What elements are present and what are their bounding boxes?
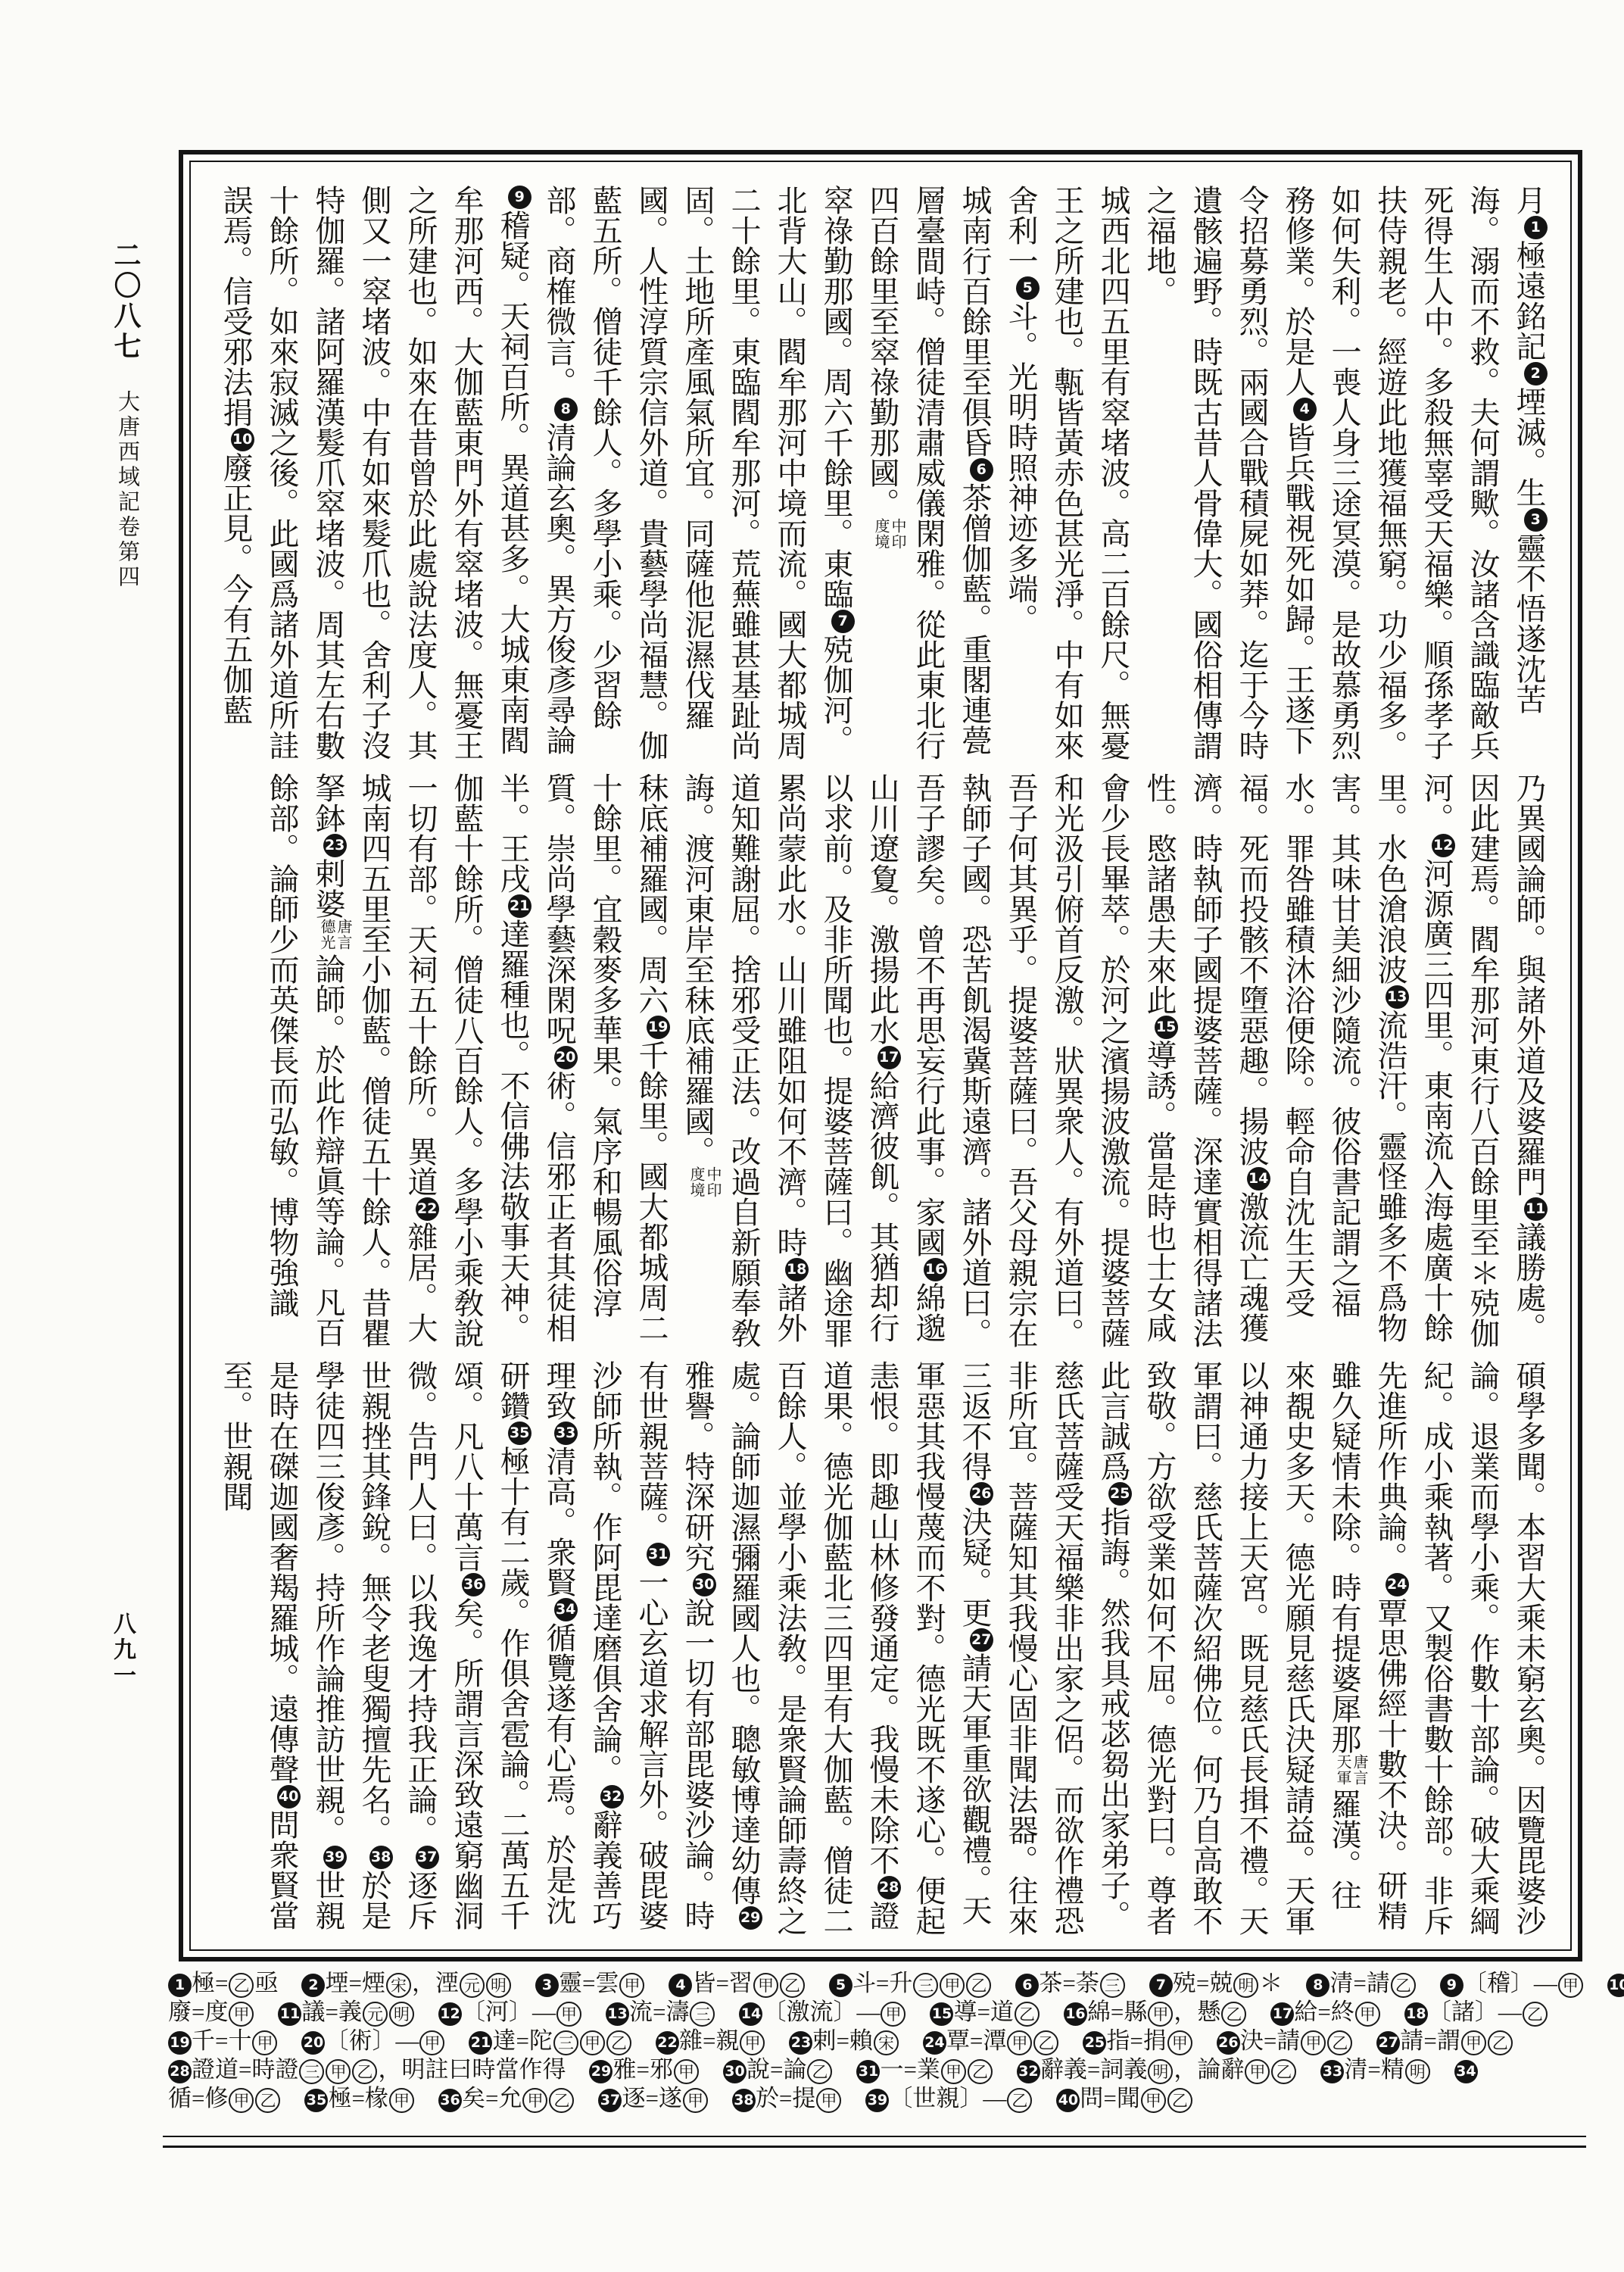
variant-note-marker: 14: [1247, 1167, 1270, 1191]
text-register-bottom: 碩學多聞。本習大乘未窮玄奧。因覽毘婆沙論。退業而學小乘。作數十部論。破大乘綱紀。…: [209, 1360, 1552, 1939]
variant-note-marker: 14: [739, 2002, 762, 2026]
apparatus-line: 28證道=時證三甲乙，明註曰時當作得 29雅=邪甲 30說=論乙 31一=業甲乙…: [168, 2055, 1542, 2084]
variant-note-marker: 30: [723, 2060, 747, 2083]
edition-siglum: 乙: [1523, 2002, 1548, 2027]
variant-note-marker: 29: [739, 1906, 762, 1930]
edition-siglum: 甲: [941, 2059, 966, 2084]
edition-siglum: 三: [299, 2059, 324, 2084]
variant-note-marker: 25: [1083, 2031, 1106, 2055]
edition-siglum: 甲: [419, 2030, 444, 2055]
variant-note-marker: 38: [369, 1846, 393, 1869]
apparatus-block: 1極=乙亟 2堙=煙宋，湮元明 3靈=雲甲 4皆=習甲乙 5斗=升三甲乙 6茶=…: [168, 1969, 1542, 2113]
edition-siglum: 甲: [619, 1973, 644, 1998]
edition-siglum: 甲: [740, 2030, 765, 2055]
variant-note-marker: 24: [1386, 1573, 1409, 1596]
edition-siglum: 甲: [1167, 2030, 1192, 2055]
volume-spine-title: 大唐西域記卷第四: [116, 390, 138, 590]
variant-note-marker: 19: [647, 1016, 670, 1039]
edition-siglum: 三: [553, 2030, 578, 2055]
paragraph: 碩學多聞。本習大乘未窮玄奧。因覽毘婆沙論。退業而學小乘。作數十部論。破大乘綱紀。…: [213, 1360, 1552, 1939]
apparatus-line: 19千=十甲 20〔術〕—甲 21達=陀三甲乙 22雜=親甲 23剌=賴宋 24…: [168, 2027, 1542, 2055]
variant-note-marker: 31: [856, 2060, 880, 2083]
variant-note-marker: 3: [1524, 508, 1548, 532]
paragraph: 月1極遠銘記2堙滅。生3靈不悟遂沈苦海。溺而不救。夫何謂歟。汝諸含識臨敵兵死得生…: [1136, 185, 1552, 763]
variant-note-marker: 22: [656, 2031, 679, 2055]
variant-note-marker: 35: [508, 1422, 531, 1445]
variant-note-marker: 8: [1306, 1974, 1329, 1997]
edition-siglum: 宋: [874, 2030, 899, 2055]
edition-siglum: 明: [389, 2002, 414, 2027]
variant-note-marker: 10: [1607, 1974, 1624, 1997]
variant-note-marker: 22: [416, 1197, 439, 1221]
edition-siglum: 甲: [753, 1973, 778, 1998]
variant-note-marker: 17: [877, 1046, 901, 1069]
variant-note-marker: 39: [865, 2089, 889, 2112]
edition-siglum: 明: [1233, 1973, 1258, 1998]
edition-siglum: 乙: [968, 2059, 993, 2084]
variant-note-marker: 33: [554, 1422, 578, 1445]
edition-siglum: 明: [1405, 2059, 1430, 2084]
edition-siglum: 乙: [1327, 2030, 1352, 2055]
edition-siglum: 元: [460, 1973, 485, 1998]
variant-note-marker: 40: [1056, 2089, 1080, 2112]
variant-note-marker: 26: [1217, 2031, 1240, 2055]
variant-note-marker: 19: [168, 2031, 192, 2055]
edition-siglum: 宋: [386, 1973, 411, 1998]
variant-note-marker: 11: [278, 2002, 301, 2026]
variant-note-marker: 13: [1386, 985, 1409, 1009]
edition-siglum: 明: [486, 1973, 511, 1998]
variant-note-marker: 26: [970, 1482, 993, 1506]
variant-note-marker: 34: [1454, 2060, 1478, 2083]
variant-note-marker: 15: [930, 2002, 953, 2026]
text-frame: 月1極遠銘記2堙滅。生3靈不悟遂沈苦海。溺而不救。夫何謂歟。汝諸含識臨敵兵死得生…: [179, 150, 1582, 1961]
variant-note-marker: 27: [1376, 2031, 1400, 2055]
edition-siglum: 乙: [606, 2030, 631, 2055]
variant-note-marker: 28: [168, 2060, 192, 2083]
variant-note-marker: 6: [1015, 1974, 1039, 1997]
edition-siglum: 甲: [522, 2088, 547, 2113]
paragraph: 乃異國論師。與諸外道及婆羅門11議勝處。因此建焉。閻牟那河東行八百餘里至＊殑伽河…: [675, 772, 1552, 1351]
edition-siglum: 三: [913, 1973, 938, 1998]
edition-siglum: 三: [1100, 1973, 1125, 1998]
edition-siglum: 甲: [326, 2059, 351, 2084]
variant-note-marker: 9: [508, 186, 531, 209]
edition-siglum: 乙: [229, 1973, 254, 1998]
edition-siglum: 甲: [816, 2088, 841, 2113]
variant-note-marker: 2: [301, 1974, 325, 1997]
variant-note-marker: 36: [462, 1573, 485, 1596]
text-register-middle: 乃異國論師。與諸外道及婆羅門11議勝處。因此建焉。閻牟那河東行八百餘里至＊殑伽河…: [209, 772, 1552, 1351]
variant-note-marker: 16: [924, 1258, 947, 1281]
variant-note-marker: 20: [301, 2031, 325, 2055]
variant-note-marker: 5: [829, 1974, 853, 1997]
variant-note-marker: 7: [1149, 1974, 1173, 1997]
variant-note-marker: 39: [323, 1846, 347, 1869]
variant-note-marker: 4: [669, 1974, 692, 1997]
apparatus-line: 廢=度甲 11議=義元明 12〔河〕—甲 13流=濤三 14〔激流〕—甲 15導…: [168, 1998, 1542, 2027]
edition-siglum: 乙: [1271, 2059, 1296, 2084]
variant-note-marker: 27: [970, 1628, 993, 1652]
variant-note-marker: 23: [323, 834, 347, 857]
edition-siglum: 乙: [780, 1973, 805, 1998]
variant-note-marker: 3: [535, 1974, 559, 1997]
edition-siglum: 甲: [252, 2030, 277, 2055]
edition-siglum: 甲: [674, 2059, 699, 2084]
variant-note-marker: 10: [231, 428, 254, 451]
edition-siglum: 乙: [352, 2059, 377, 2084]
variant-note-marker: 32: [600, 1785, 624, 1809]
variant-note-marker: 8: [554, 398, 578, 421]
variant-note-marker: 13: [606, 2002, 629, 2026]
edition-siglum: 甲: [1007, 2030, 1032, 2055]
variant-note-marker: 30: [693, 1573, 716, 1596]
variant-note-marker: 21: [508, 894, 531, 918]
paragraph: 窣祿勤那國。周六千餘里。東臨7殑伽河。北背大山。閻牟那河中境而流。國大都城周二十…: [209, 185, 859, 763]
variant-note-marker: 34: [554, 1598, 578, 1621]
variant-note-marker: 12: [1432, 834, 1455, 857]
variant-note-marker: 1: [168, 1974, 192, 1997]
interlinear-note: 中印度境: [872, 518, 906, 553]
edition-siglum: 乙: [549, 2088, 574, 2113]
variant-note-marker: 23: [789, 2031, 812, 2055]
paragraph: 城西北四五里有窣堵波。高二百餘尺。無憂王之所建也。甎皆黃赤色甚光淨。中有如來舍利…: [998, 185, 1136, 763]
edition-siglum: 乙: [807, 2059, 832, 2084]
variant-note-marker: 31: [647, 1543, 670, 1566]
apparatus-line: 1極=乙亟 2堙=煙宋，湮元明 3靈=雲甲 4皆=習甲乙 5斗=升三甲乙 6茶=…: [168, 1969, 1542, 1998]
edition-siglum: 乙: [1033, 2030, 1058, 2055]
edition-siglum: 乙: [255, 2088, 280, 2113]
variant-note-marker: 2: [1524, 362, 1548, 385]
variant-note-marker: 7: [831, 610, 855, 633]
interlinear-note: 唐言德光: [318, 919, 351, 953]
variant-note-marker: 6: [970, 458, 993, 482]
variant-note-marker: 33: [1320, 2060, 1344, 2083]
edition-siglum: 甲: [229, 2088, 254, 2113]
edition-siglum: 乙: [1015, 2002, 1040, 2027]
variant-note-marker: 20: [554, 1046, 578, 1069]
variant-note-marker: 4: [1293, 398, 1317, 421]
edition-siglum: 甲: [556, 2002, 581, 2027]
edition-siglum: 乙: [1391, 1973, 1416, 1998]
variant-note-marker: 38: [732, 2089, 756, 2112]
edition-siglum: 元: [363, 2002, 388, 2027]
edition-siglum: 乙: [1007, 2088, 1032, 2113]
variant-note-marker: 18: [785, 1258, 809, 1281]
variant-note-marker: 16: [1064, 2002, 1087, 2026]
sutra-number-label: 二〇八七: [112, 241, 139, 362]
edition-siglum: 乙: [1488, 2030, 1513, 2055]
variant-note-marker: 32: [1017, 2060, 1040, 2083]
paragraph: 秣底補羅國。周六19千餘里。國大都城周二十餘里。宜穀麥多華果。氣序和暢風俗淳質。…: [259, 772, 675, 1351]
variant-note-marker: 36: [438, 2089, 462, 2112]
variant-note-marker: 18: [1404, 2002, 1428, 2026]
variant-note-marker: 35: [304, 2089, 328, 2112]
edition-siglum: 明: [1148, 2059, 1173, 2084]
edition-siglum: 甲: [1148, 2002, 1173, 2027]
page-number-label: 八九一: [111, 1612, 133, 1689]
edition-siglum: 甲: [389, 2088, 414, 2113]
edition-siglum: 甲: [1461, 2030, 1486, 2055]
variant-note-marker: 15: [1155, 1016, 1178, 1039]
apparatus-line: 循=修甲乙 35極=椽甲 36矣=允甲乙 37逐=遂甲 38於=提甲 39〔世親…: [168, 2084, 1542, 2113]
paragraph: 城南行百餘里至俱昏6茶僧伽藍。重閣連甍層臺間峙。僧徒清肅威儀閑雅。從此東北行四百…: [859, 185, 998, 763]
edition-siglum: 甲: [940, 1973, 965, 1998]
edition-siglum: 甲: [1558, 1973, 1583, 1998]
taisho-page: { "page": { "header_number": "二〇八七", "sp…: [0, 0, 1624, 2272]
variant-note-marker: 24: [923, 2031, 946, 2055]
interlinear-note: 中印度境: [687, 1166, 721, 1201]
text-frame-inner: 月1極遠銘記2堙滅。生3靈不悟遂沈苦海。溺而不救。夫何謂歟。汝諸含識臨敵兵死得生…: [189, 161, 1572, 1951]
variant-note-marker: 37: [416, 1846, 439, 1869]
variant-note-marker: 11: [1524, 1197, 1548, 1221]
variant-note-marker: 37: [598, 2089, 622, 2112]
edition-siglum: 甲: [1355, 2002, 1380, 2027]
variant-note-marker: 21: [469, 2031, 492, 2055]
edition-siglum: 乙: [1221, 2002, 1246, 2027]
edition-siglum: 甲: [580, 2030, 605, 2055]
variant-note-marker: 40: [277, 1785, 301, 1809]
edition-siglum: 甲: [683, 2088, 708, 2113]
edition-siglum: 甲: [229, 2002, 254, 2027]
edition-siglum: 甲: [881, 2002, 906, 2027]
variant-note-marker: 12: [438, 2002, 462, 2026]
variant-note-marker: 5: [1016, 276, 1040, 300]
variant-note-marker: 9: [1440, 1974, 1463, 1997]
edition-siglum: 乙: [966, 1973, 991, 1998]
edition-siglum: 甲: [1301, 2030, 1326, 2055]
edition-siglum: 乙: [1167, 2088, 1192, 2113]
edition-siglum: 甲: [1141, 2088, 1166, 2113]
variant-note-marker: 1: [1524, 216, 1548, 239]
bottom-rule-thin: [163, 2136, 1586, 2137]
edition-siglum: 三: [690, 2002, 715, 2027]
variant-note-marker: 28: [877, 1876, 901, 1899]
variant-note-marker: 17: [1270, 2002, 1294, 2026]
text-register-top: 月1極遠銘記2堙滅。生3靈不悟遂沈苦海。溺而不救。夫何謂歟。汝諸含識臨敵兵死得生…: [209, 185, 1552, 763]
interlinear-note: 唐言天軍: [1334, 1754, 1367, 1789]
variant-note-marker: 25: [1108, 1482, 1132, 1506]
edition-siglum: 甲: [1245, 2059, 1270, 2084]
variant-note-marker: 29: [589, 2060, 613, 2083]
bottom-rule-thick: [163, 2146, 1586, 2148]
